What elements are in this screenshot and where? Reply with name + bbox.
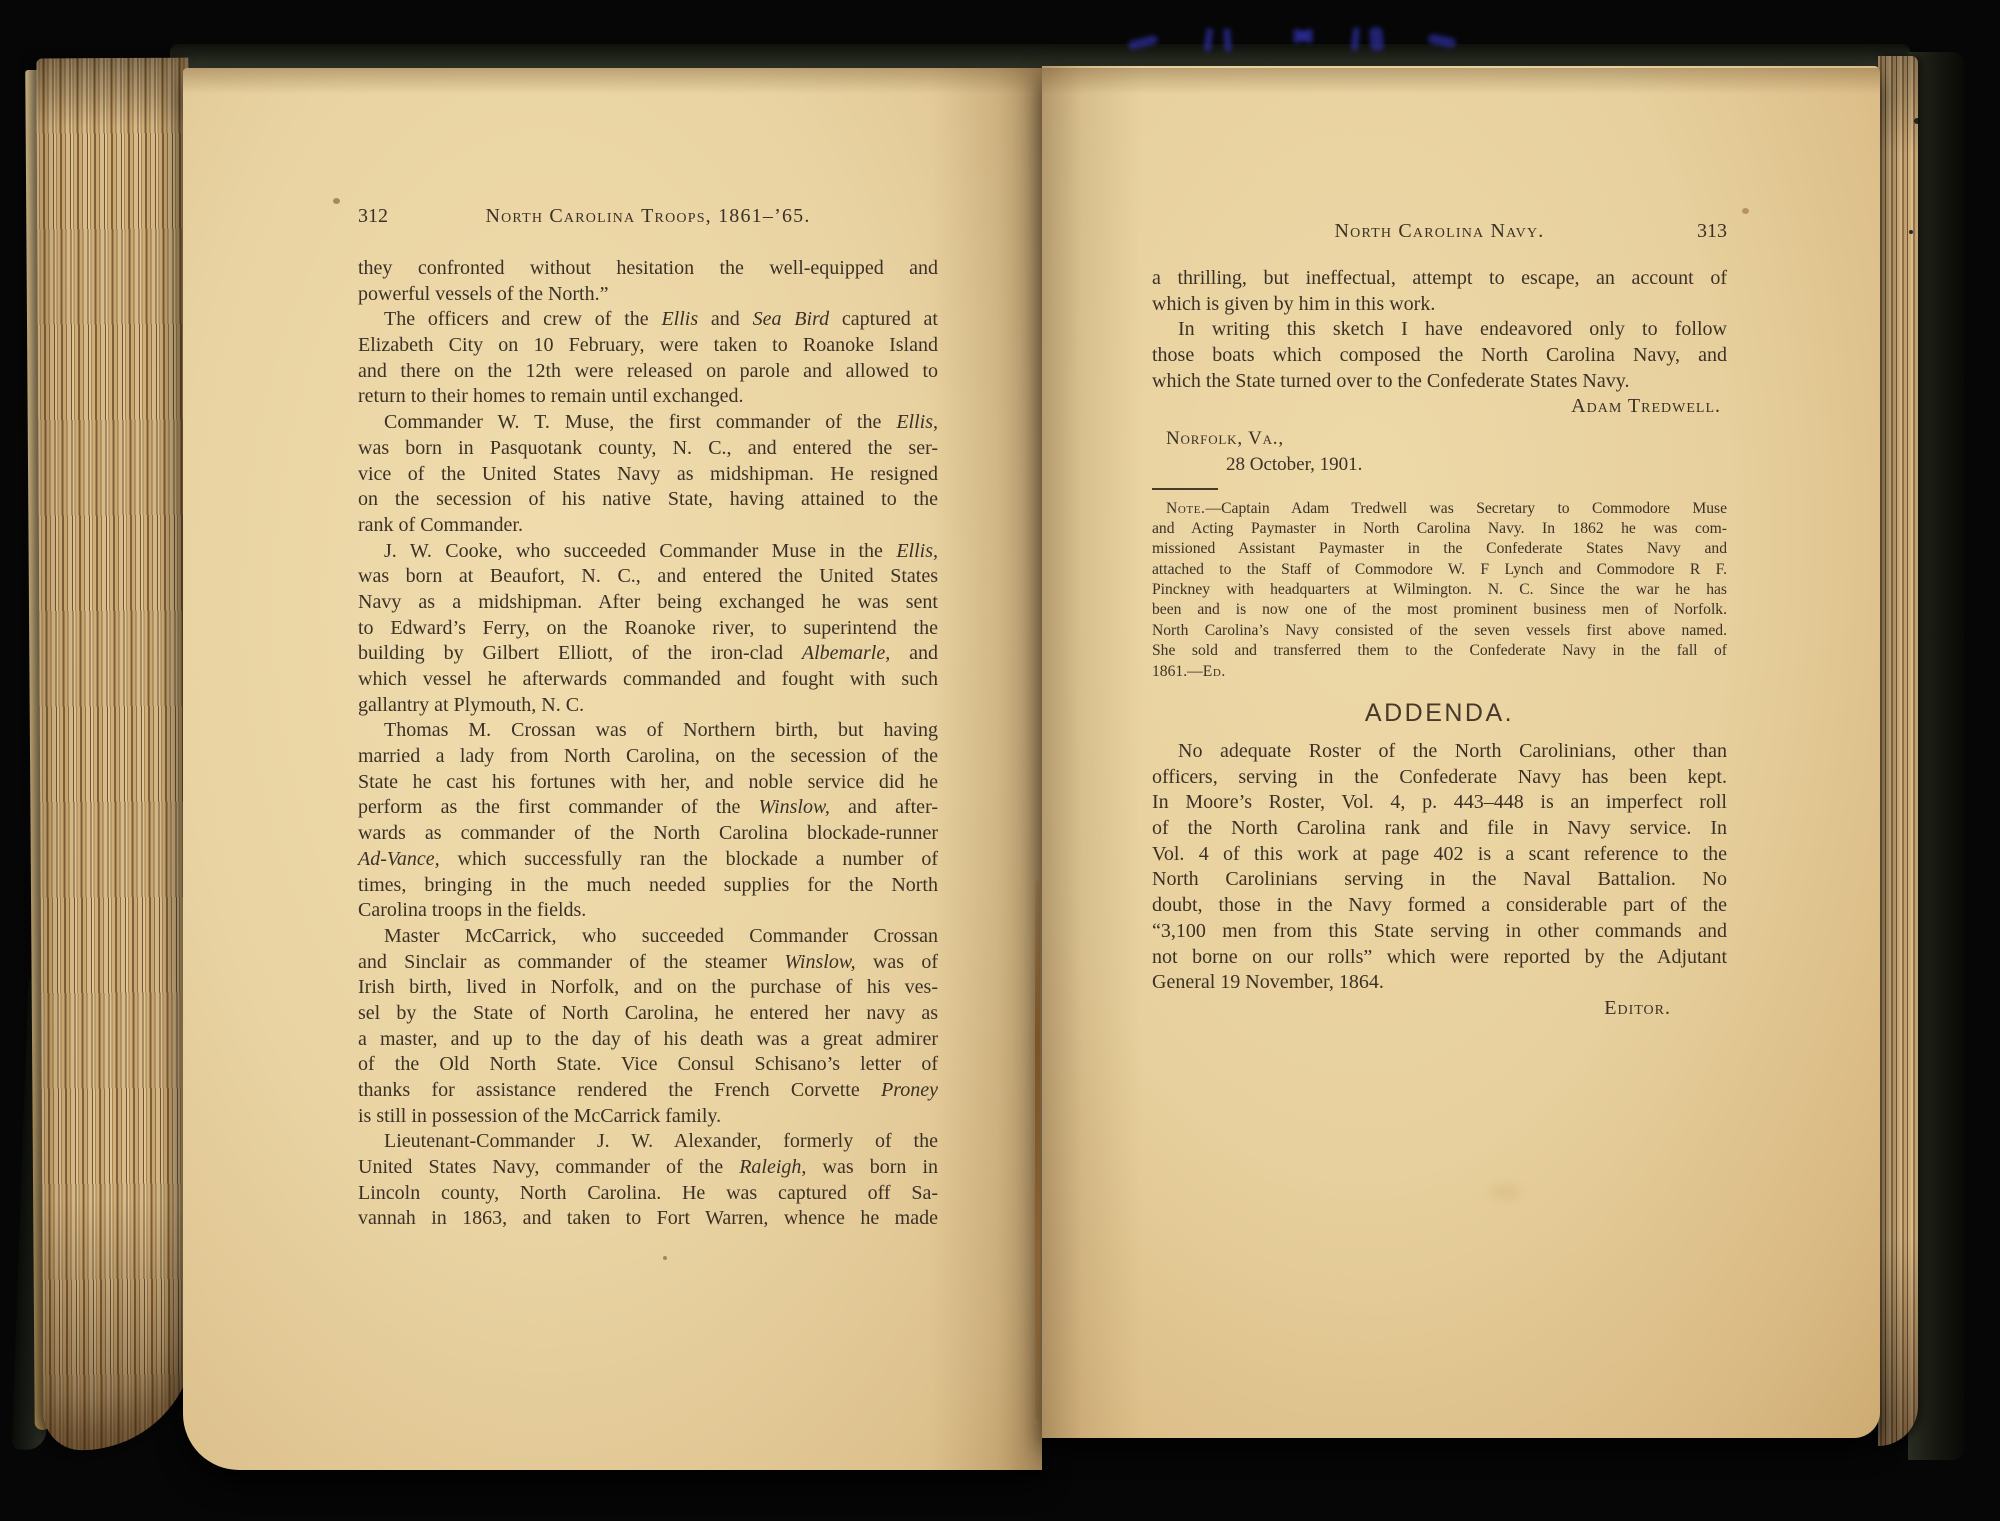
section-rule (1152, 488, 1218, 490)
text-line: times, bringing in the much needed suppl… (358, 873, 938, 899)
text-line: Lieutenant-Commander J. W. Alexander, fo… (358, 1129, 938, 1155)
text-line: and Sinclair as commander of the steamer… (358, 950, 938, 976)
left-running-head: North Carolina Troops, 1861–’65. (358, 205, 938, 233)
text-line: rank of Commander. (358, 513, 938, 539)
text-line: which vessel he afterwards commanded and… (358, 667, 938, 693)
page-edges-left (36, 58, 195, 1451)
text-line: “3,100 men from this State serving in ot… (1152, 919, 1727, 945)
text-line: The officers and crew of the Ellis and S… (358, 307, 938, 333)
text-line: doubt, those in the Navy formed a consid… (1152, 893, 1727, 919)
paper-stain (1488, 1185, 1522, 1199)
text-line: General 19 November, 1864. (1152, 970, 1727, 996)
text-line: missioned Assistant Paymaster in the Con… (1152, 539, 1727, 559)
text-line: they confronted without hesitation the w… (358, 256, 938, 282)
text-line: gallantry at Plymouth, N. C. (358, 693, 938, 719)
text-line: which is given by him in this work. (1152, 292, 1727, 318)
text-line: Ad-Vance, which successfully ran the blo… (358, 847, 938, 873)
text-line: In writing this sketch I have endeavored… (1152, 317, 1727, 343)
editor-signature: Editor. (1152, 996, 1727, 1022)
text-line: Master McCarrick, who succeeded Commande… (358, 924, 938, 950)
text-line: Carolina troops in the fields. (358, 898, 938, 924)
text-line: been and is now one of the most prominen… (1152, 600, 1727, 620)
text-line: No adequate Roster of the North Carolini… (1152, 739, 1727, 765)
text-line: return to their homes to remain until ex… (358, 384, 938, 410)
paper-speck (1909, 230, 1913, 234)
book-photograph: 312 North Carolina Troops, 1861–’65. the… (0, 0, 2000, 1521)
text-line: Pinckney with headquarters at Wilmington… (1152, 580, 1727, 600)
text-line: Commander W. T. Muse, the first commande… (358, 410, 938, 436)
right-page-body: a thrilling, but ineffectual, attempt to… (1152, 266, 1727, 1022)
text-line: of the North Carolina rank and file in N… (1152, 816, 1727, 842)
right-page-number: 313 (1152, 220, 1727, 248)
text-line: a thrilling, but ineffectual, attempt to… (1152, 266, 1727, 292)
left-page-body-text: they confronted without hesitation the w… (358, 256, 938, 1232)
text-line: Navy as a midshipman. After being exchan… (358, 590, 938, 616)
text-line: married a lady from North Carolina, on t… (358, 744, 938, 770)
addenda-text: No adequate Roster of the North Carolini… (1152, 739, 1727, 996)
text-line: thanks for assistance rendered the Frenc… (358, 1078, 938, 1104)
text-line: North Carolinians serving in the Naval B… (1152, 867, 1727, 893)
addenda-heading: ADDENDA. (1152, 696, 1727, 730)
text-line: Irish birth, lived in Norfolk, and on th… (358, 975, 938, 1001)
paper-speck (333, 198, 340, 204)
text-line: Elizabeth City on 10 February, were take… (358, 333, 938, 359)
text-line: officers, serving in the Confederate Nav… (1152, 765, 1727, 791)
text-line: and Acting Paymaster in North Carolina N… (1152, 519, 1727, 539)
paper-speck (663, 1256, 667, 1260)
text-line: and there on the 12th were released on p… (358, 359, 938, 385)
text-line: United States Navy, commander of the Ral… (358, 1155, 938, 1181)
text-line: powerful vessels of the North.” (358, 282, 938, 308)
text-line: Thomas M. Crossan was of Northern birth,… (358, 718, 938, 744)
text-line: Lincoln county, North Carolina. He was c… (358, 1181, 938, 1207)
blue-ink-stroke (1223, 28, 1232, 52)
editor-note: Note.—Captain Adam Tredwell was Secretar… (1152, 499, 1727, 683)
text-line: In Moore’s Roster, Vol. 4, p. 443–448 is… (1152, 790, 1727, 816)
paper-speck (1914, 118, 1920, 124)
text-line: attached to the Staff of Commodore W. F … (1152, 560, 1727, 580)
author-signature: Adam Tredwell. (1152, 394, 1727, 420)
text-line: not borne on our rolls” which were repor… (1152, 945, 1727, 971)
right-page-body-text: a thrilling, but ineffectual, attempt to… (1152, 266, 1727, 394)
text-line: vannah in 1863, and taken to Fort Warren… (358, 1206, 938, 1232)
blue-ink-stroke (1369, 26, 1384, 51)
paper-speck (1742, 208, 1749, 214)
text-line: She sold and transferred them to the Con… (1152, 641, 1727, 661)
text-line: Vol. 4 of this work at page 402 is a sca… (1152, 842, 1727, 868)
text-line: Note.—Captain Adam Tredwell was Secretar… (1152, 499, 1727, 519)
text-line: 1861.—Ed. (1152, 662, 1727, 682)
text-line: building by Gilbert Elliott, of the iron… (358, 641, 938, 667)
dateline-date: 28 October, 1901. (1152, 452, 1727, 478)
text-line: was born at Beaufort, N. C., and entered… (358, 564, 938, 590)
dateline-place: Norfolk, Va., (1152, 426, 1727, 452)
text-line: those boats which composed the North Car… (1152, 343, 1727, 369)
text-line: wards as commander of the North Carolina… (358, 821, 938, 847)
text-line: which the State turned over to the Confe… (1152, 369, 1727, 395)
text-line: of the Old North State. Vice Consul Schi… (358, 1052, 938, 1078)
text-line: perform as the first commander of the Wi… (358, 795, 938, 821)
text-line: to Edward’s Ferry, on the Roanoke river,… (358, 616, 938, 642)
text-line: J. W. Cooke, who succeeded Commander Mus… (358, 539, 938, 565)
text-line: State he cast his fortunes with her, and… (358, 770, 938, 796)
text-line: vice of the United States Navy as midshi… (358, 462, 938, 488)
page-edges-right (1878, 56, 1918, 1446)
text-line: a master, and up to the day of his death… (358, 1027, 938, 1053)
text-line: North Carolina’s Navy consisted of the s… (1152, 621, 1727, 641)
text-line: is still in possession of the McCarrick … (358, 1104, 938, 1130)
text-line: was born in Pasquotank county, N. C., an… (358, 436, 938, 462)
text-line: on the secession of his native State, ha… (358, 487, 938, 513)
text-line: sel by the State of North Carolina, he e… (358, 1001, 938, 1027)
